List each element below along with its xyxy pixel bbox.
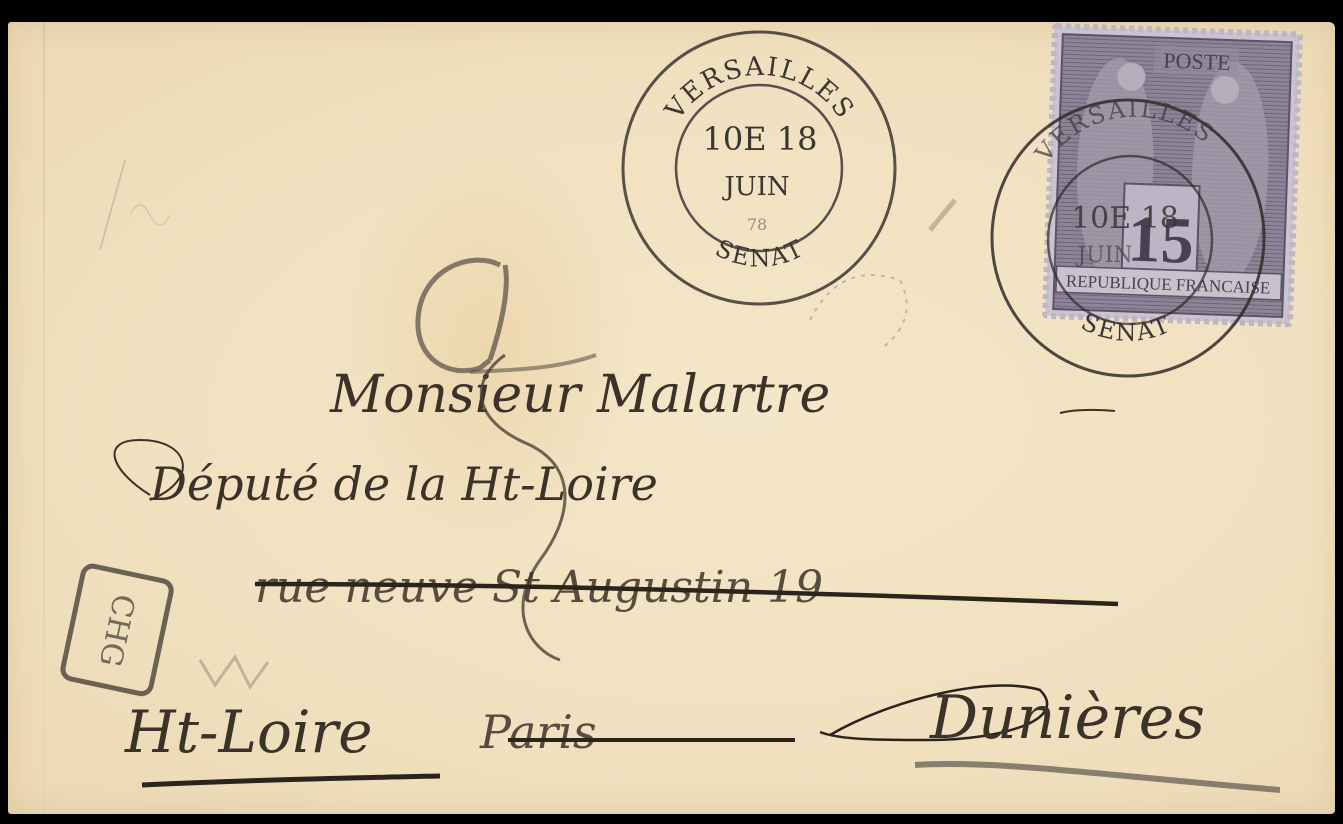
boxed-chg-mark: CHG <box>61 564 173 695</box>
postmark-stamp-time: 10E 18 <box>1071 201 1179 236</box>
address-line-1: Monsieur Malartre <box>329 365 1115 425</box>
postmark-left-office: SENAT <box>711 234 809 273</box>
postage-stamp: POSTE 15 REPUBLIQUE FRANCAISE <box>1045 26 1300 324</box>
faint-pencil-mark <box>100 160 170 250</box>
postmark-left-month: JUIN <box>721 172 789 202</box>
stamp-header: POSTE <box>1163 48 1231 75</box>
tax-mark <box>418 260 596 372</box>
faint-ink-mark <box>200 657 268 687</box>
postmark-stamp-month: JUIN <box>1075 243 1132 268</box>
svg-text:Ht-Loire: Ht-Loire <box>124 698 373 766</box>
svg-text:Paris: Paris <box>479 705 597 759</box>
svg-text:CHG: CHG <box>92 591 141 670</box>
postmark-left-time: 10E 18 <box>703 120 818 158</box>
postmark-left-town: VERSAILLES <box>659 52 860 126</box>
postmark-left-year: 78 <box>747 215 767 234</box>
address-line-2: Député de la Ht-Loire <box>115 440 658 511</box>
svg-text:Monsieur Malartre: Monsieur Malartre <box>329 365 830 425</box>
svg-text:Dunières: Dunières <box>929 683 1205 753</box>
underline-dept <box>142 776 440 785</box>
underline-town <box>915 764 1280 790</box>
address-line-4: Ht-Loire Paris Dunières <box>124 683 1280 790</box>
cover-markings: VERSAILLES SENAT 10E 18 JUIN 78 POSTE 15… <box>0 0 1343 824</box>
postmark-left: VERSAILLES SENAT 10E 18 JUIN 78 <box>623 32 895 304</box>
address-line-3-struck: rue neuve St Augustin 19 <box>255 562 1118 613</box>
svg-text:Député de la Ht-Loire: Député de la Ht-Loire <box>149 457 658 511</box>
